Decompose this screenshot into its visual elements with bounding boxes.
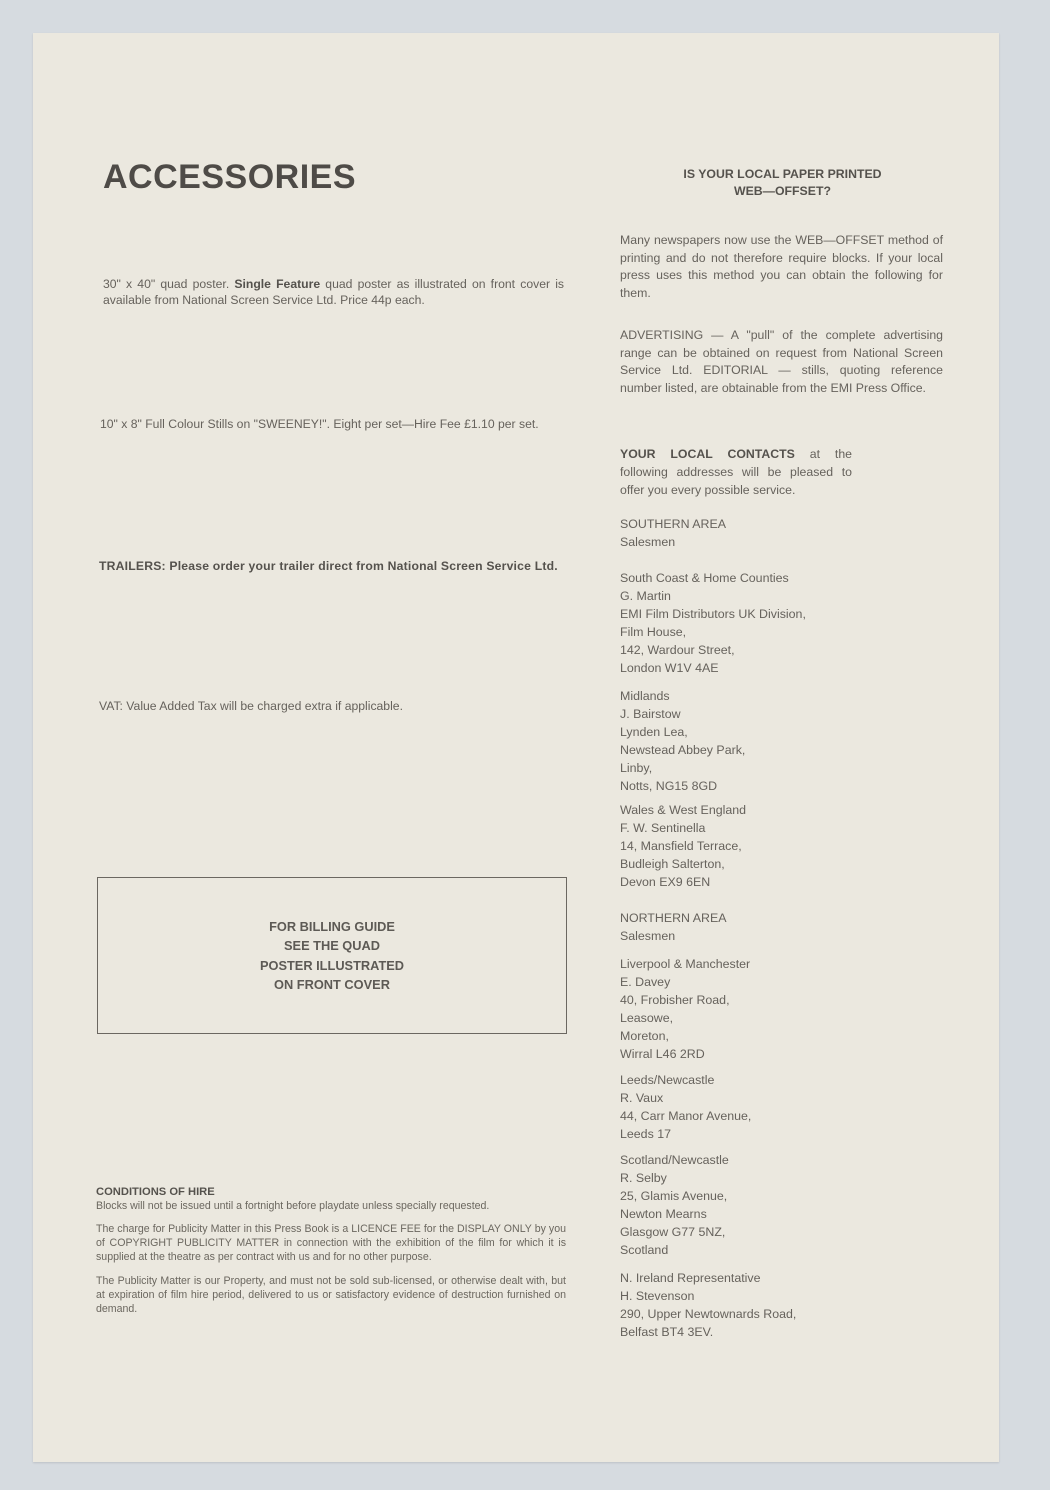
- billing-line: POSTER ILLUSTRATED: [260, 956, 404, 976]
- web-offset-heading: IS YOUR LOCAL PAPER PRINTED WEB—OFFSET?: [620, 166, 945, 200]
- contact-region: SOUTHERN AREA: [620, 515, 940, 533]
- contact-region: Scotland/Newcastle: [620, 1151, 940, 1169]
- contact-line: E. Davey: [620, 973, 940, 991]
- contact-block: NORTHERN AREASalesmen: [620, 909, 940, 945]
- contact-line: Salesmen: [620, 927, 940, 945]
- vat-paragraph: VAT: Value Added Tax will be charged ext…: [99, 698, 565, 714]
- contact-region: NORTHERN AREA: [620, 909, 940, 927]
- quad-poster-paragraph: 30" x 40" quad poster. Single Feature qu…: [103, 276, 564, 308]
- contact-line: Newton Mearns: [620, 1205, 940, 1223]
- contact-block: SOUTHERN AREASalesmen: [620, 515, 940, 551]
- contact-line: Leasowe,: [620, 1009, 940, 1027]
- contact-block: Wales & West EnglandF. W. Sentinella14, …: [620, 801, 940, 891]
- contact-line: G. Martin: [620, 587, 940, 605]
- contact-block: Liverpool & ManchesterE. Davey40, Frobis…: [620, 955, 940, 1063]
- quad-poster-bold: Single Feature: [234, 277, 320, 291]
- contact-line: 40, Frobisher Road,: [620, 991, 940, 1009]
- contact-line: H. Stevenson: [620, 1287, 940, 1305]
- contact-line: 44, Carr Manor Avenue,: [620, 1107, 940, 1125]
- contact-line: Salesmen: [620, 533, 940, 551]
- billing-line: FOR BILLING GUIDE: [269, 917, 395, 937]
- contact-line: Moreton,: [620, 1027, 940, 1045]
- contact-line: 290, Upper Newtownards Road,: [620, 1305, 940, 1323]
- contact-block: N. Ireland RepresentativeH. Stevenson290…: [620, 1269, 940, 1341]
- contact-line: 142, Wardour Street,: [620, 641, 940, 659]
- contact-line: R. Vaux: [620, 1089, 940, 1107]
- contact-line: London W1V 4AE: [620, 659, 940, 677]
- conditions-heading: CONDITIONS OF HIRE: [96, 1185, 566, 1199]
- contact-line: Lynden Lea,: [620, 723, 940, 741]
- advertising-paragraph: ADVERTISING — A "pull" of the complete a…: [620, 327, 943, 397]
- contact-line: Leeds 17: [620, 1125, 940, 1143]
- contact-line: Newstead Abbey Park,: [620, 741, 940, 759]
- heading-line: WEB—OFFSET?: [620, 183, 945, 200]
- contacts-list: SOUTHERN AREASalesmenSouth Coast & Home …: [620, 515, 940, 1341]
- contact-line: 25, Glamis Avenue,: [620, 1187, 940, 1205]
- contact-line: Glasgow G77 5NZ,: [620, 1223, 940, 1241]
- contact-line: Film House,: [620, 623, 940, 641]
- contact-line: Belfast BT4 3EV.: [620, 1323, 940, 1341]
- contact-region: Leeds/Newcastle: [620, 1071, 940, 1089]
- conditions-of-hire: CONDITIONS OF HIRE Blocks will not be is…: [96, 1185, 566, 1316]
- billing-line: ON FRONT COVER: [274, 975, 390, 995]
- contact-line: R. Selby: [620, 1169, 940, 1187]
- contact-line: EMI Film Distributors UK Division,: [620, 605, 940, 623]
- billing-guide-box: FOR BILLING GUIDE SEE THE QUAD POSTER IL…: [97, 877, 567, 1034]
- contact-line: Scotland: [620, 1241, 940, 1259]
- contact-line: Devon EX9 6EN: [620, 873, 940, 891]
- contact-line: Wirral L46 2RD: [620, 1045, 940, 1063]
- conditions-paragraph: The charge for Publicity Matter in this …: [96, 1222, 566, 1264]
- contact-line: J. Bairstow: [620, 705, 940, 723]
- contact-line: Notts, NG15 8GD: [620, 777, 940, 795]
- quad-poster-prefix: 30" x 40" quad poster.: [103, 277, 234, 291]
- page-title: ACCESSORIES: [103, 158, 356, 197]
- contact-region: Wales & West England: [620, 801, 940, 819]
- contact-line: F. W. Sentinella: [620, 819, 940, 837]
- contact-block: South Coast & Home CountiesG. MartinEMI …: [620, 569, 940, 677]
- contact-region: N. Ireland Representative: [620, 1269, 940, 1287]
- contact-block: Leeds/NewcastleR. Vaux44, Carr Manor Ave…: [620, 1071, 940, 1143]
- contact-line: Linby,: [620, 759, 940, 777]
- local-contacts-bold: YOUR LOCAL CONTACTS: [620, 447, 795, 461]
- stills-paragraph: 10" x 8" Full Colour Stills on "SWEENEY!…: [100, 416, 564, 432]
- conditions-paragraph: The Publicity Matter is our Property, an…: [96, 1274, 566, 1316]
- contact-block: Scotland/NewcastleR. Selby25, Glamis Ave…: [620, 1151, 940, 1259]
- contact-line: 14, Mansfield Terrace,: [620, 837, 940, 855]
- contact-region: Liverpool & Manchester: [620, 955, 940, 973]
- contact-region: South Coast & Home Counties: [620, 569, 940, 587]
- conditions-paragraph: Blocks will not be issued until a fortni…: [96, 1199, 566, 1213]
- contact-region: Midlands: [620, 687, 940, 705]
- web-offset-intro: Many newspapers now use the WEB—OFFSET m…: [620, 232, 943, 302]
- contact-block: MidlandsJ. BairstowLynden Lea,Newstead A…: [620, 687, 940, 795]
- local-contacts-intro: YOUR LOCAL CONTACTS at the following add…: [620, 445, 852, 499]
- billing-line: SEE THE QUAD: [284, 936, 380, 956]
- heading-line: IS YOUR LOCAL PAPER PRINTED: [620, 166, 945, 183]
- contact-line: Budleigh Salterton,: [620, 855, 940, 873]
- trailers-paragraph: TRAILERS: Please order your trailer dire…: [99, 558, 565, 574]
